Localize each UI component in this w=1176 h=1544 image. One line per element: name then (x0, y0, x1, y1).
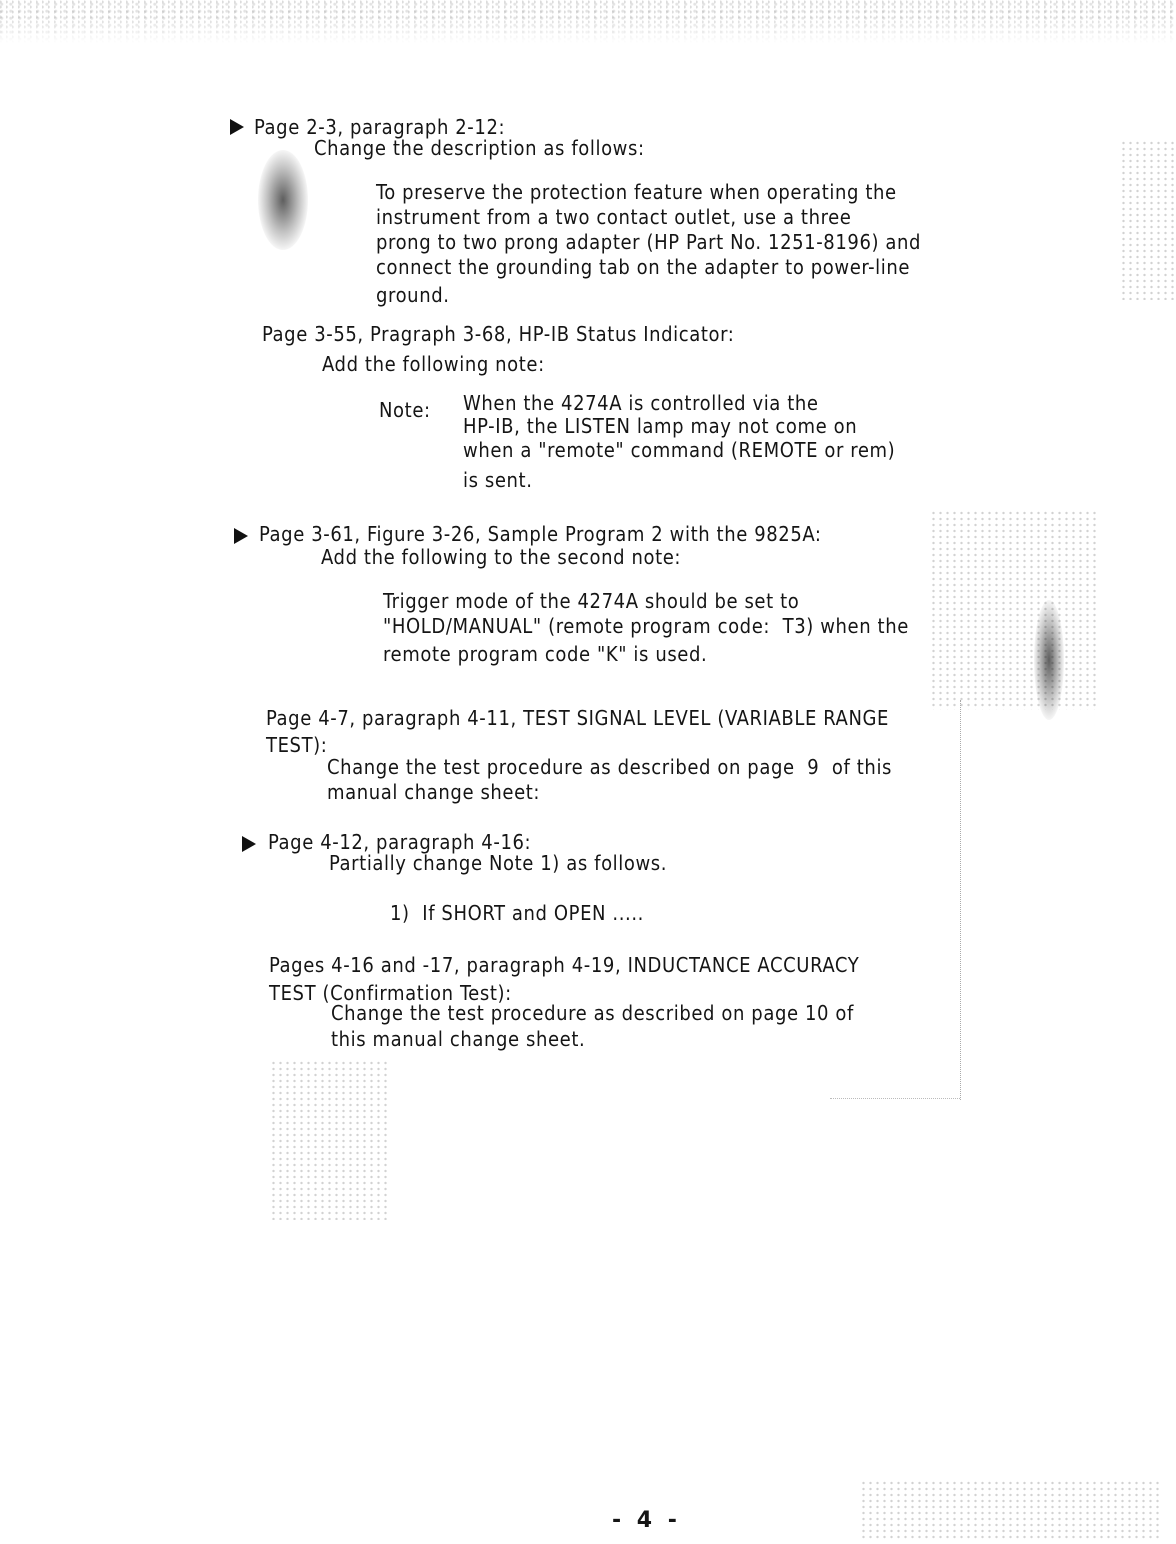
entry-heading: Page 3-55, Pragraph 3-68, HP-IB Status I… (262, 322, 734, 346)
entry-instruction-cont: this manual change sheet. (331, 1027, 585, 1051)
entry-body-line: HP-IB, the LISTEN lamp may not come on (463, 414, 857, 438)
change-marker-icon (242, 836, 256, 852)
entry-body-line: instrument from a two contact outlet, us… (376, 205, 851, 229)
entry-body-line: Trigger mode of the 4274A should be set … (383, 589, 799, 613)
entry-body-line: 1) If SHORT and OPEN ..... (390, 901, 644, 925)
change-marker-icon (230, 119, 244, 135)
entry-heading: Page 3-61, Figure 3-26, Sample Program 2… (259, 522, 822, 546)
scan-speckle (270, 1060, 390, 1220)
entry-instruction: Change the test procedure as described o… (331, 1001, 854, 1025)
entry-heading-cont: TEST): (266, 733, 327, 757)
entry-body-line: remote program code "K" is used. (383, 642, 707, 666)
entry-heading: Page 4-7, paragraph 4-11, TEST SIGNAL LE… (266, 706, 889, 730)
entry-body-line: When the 4274A is controlled via the (463, 391, 819, 415)
entry-body-line: ground. (376, 283, 450, 307)
entry-body-line: prong to two prong adapter (HP Part No. … (376, 230, 921, 254)
entry-body-line: "HOLD/MANUAL" (remote program code: T3) … (383, 614, 909, 638)
entry-heading: Pages 4-16 and -17, paragraph 4-19, INDU… (269, 953, 859, 977)
scan-noise-top (0, 0, 1176, 44)
entry-body-line: when a "remote" command (REMOTE or rem) (463, 438, 895, 462)
note-label: Note: (379, 398, 431, 422)
change-marker-icon (234, 528, 248, 544)
entry-instruction: Partially change Note 1) as follows. (329, 851, 667, 875)
entry-body-line: is sent. (463, 468, 533, 492)
entry-instruction: Change the description as follows: (314, 136, 645, 160)
entry-body-line: connect the grounding tab on the adapter… (376, 255, 910, 279)
scan-speckle (930, 510, 1100, 710)
entry-body-line: To preserve the protection feature when … (376, 180, 897, 204)
scan-speckle (860, 1480, 1160, 1540)
scan-artifact-line (960, 700, 961, 1100)
entry-instruction: Change the test procedure as described o… (327, 755, 892, 779)
scan-artifact-line (830, 1098, 960, 1099)
scan-blot (258, 150, 308, 250)
scan-speckle (1120, 140, 1176, 300)
document-page: Page 2-3, paragraph 2-12: Change the des… (0, 0, 1176, 1544)
entry-instruction: Add the following note: (322, 352, 545, 376)
page-number: - 4 - (612, 1508, 681, 1533)
entry-instruction-cont: manual change sheet: (327, 780, 540, 804)
entry-instruction: Add the following to the second note: (321, 545, 681, 569)
